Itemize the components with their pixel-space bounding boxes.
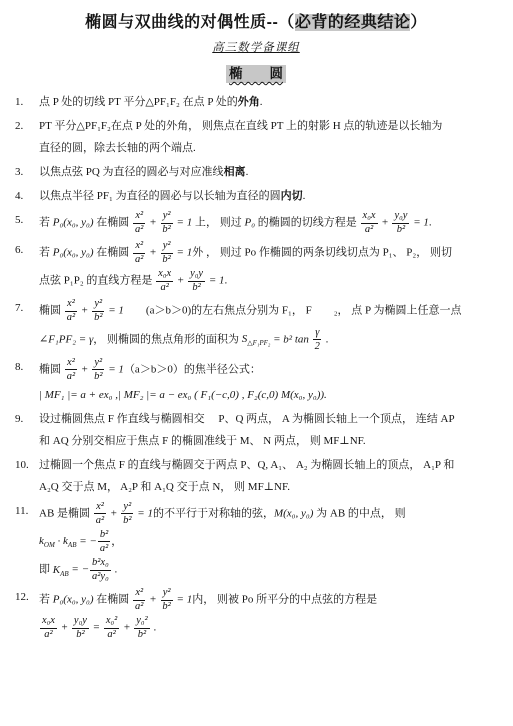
item-body: 设过椭圆焦点 F 作直线与椭圆相交 P、Q 两点， A 为椭圆长轴上一个顶点， … xyxy=(39,408,497,452)
list-item-7: 7.椭圆 x²a² + y²b² = 1 (a＞b＞0)的左右焦点分别为 F₁，… xyxy=(15,297,497,353)
item-row: 直径的圆，除去长轴的两个端点. xyxy=(39,137,497,159)
fraction: x₀xa² xyxy=(156,268,173,294)
item-number: 4. xyxy=(15,185,39,207)
item-row: 点 P 处的切线 PT 平分△PF₁F₂ 在点 P 处的外角. xyxy=(39,91,497,113)
text-run: 外角 xyxy=(238,96,260,108)
item-body: 椭圆 x²a² + y²b² = 1 (a＞b＞0)的左右焦点分别为 F₁， F… xyxy=(39,297,497,353)
text-run: + xyxy=(146,594,159,606)
text-run: = 1 xyxy=(135,507,153,519)
text-run: 过椭圆一个焦点 F 的直线与椭圆交于两点 P、Q, A₁、 A₂ 为椭圆长轴上的… xyxy=(39,459,454,471)
item-row: | MF₁ |= a + ex₀ ,| MF₂ |= a − ex₀ ( F₁(… xyxy=(39,384,497,406)
text-run: （a＞b＞0）的焦半径公式： xyxy=(124,363,261,375)
text-run: + xyxy=(146,247,159,259)
fraction: b²x₀a²y₀ xyxy=(90,557,111,583)
fraction: y₀yb² xyxy=(72,615,89,641)
page-title: 椭圆与双曲线的对偶性质--（必背的经典结论） xyxy=(15,12,497,34)
text-run: 上， 则过 xyxy=(192,217,244,229)
text-run: + xyxy=(78,363,91,375)
item-row: 椭圆 x²a² + y²b² = 1（a＞b＞0）的焦半径公式： xyxy=(39,356,497,384)
fraction: x₀xa² xyxy=(361,210,378,236)
fraction: y²b² xyxy=(92,298,104,324)
text-run: ∠F₁PF₂ = γ xyxy=(39,333,93,345)
fraction: y²b² xyxy=(121,501,133,527)
item-row: 以焦点半径 PF₁ 为直径的圆必与以长轴为直径的圆内切. xyxy=(39,185,497,207)
fraction: x₀²a² xyxy=(104,615,119,641)
section-title-text: 椭 圆 xyxy=(226,65,286,83)
text-run: | MF₁ |= a + ex₀ ,| MF₂ |= a − ex₀ ( F₁(… xyxy=(39,389,327,401)
text-run: . xyxy=(225,275,228,287)
item-row: kOM · kAB = −b²a²， xyxy=(39,528,497,556)
fraction: x²a² xyxy=(94,501,106,527)
text-run: = − xyxy=(69,564,89,576)
text-run: 若 xyxy=(39,217,53,229)
fraction: y²b² xyxy=(160,587,172,613)
fraction: y²b² xyxy=(160,240,172,266)
text-run: = 1 xyxy=(410,217,428,229)
item-number: 8. xyxy=(15,356,39,378)
title-highlighted-text: 必背的经典结论 xyxy=(295,14,411,31)
text-run: + xyxy=(58,622,71,634)
text-run: A₂Q 交于点 M， A₂P 和 A₁Q 交于点 N， 则 MF⊥NF. xyxy=(39,481,290,493)
text-run: P₀(x₀, y₀) xyxy=(53,217,94,229)
item-number: 12. xyxy=(15,586,39,608)
fraction: y₀²b² xyxy=(134,615,149,641)
text-run: . xyxy=(151,622,157,634)
list-item-2: 2.PT 平分△PF₁F₂在点 P 处的外角， 则焦点在直线 PT 上的射影 H… xyxy=(15,115,497,159)
text-run: ， 则椭圆的焦点角形的面积为 xyxy=(93,333,242,345)
text-run: 椭圆 xyxy=(39,363,64,375)
text-run: = 1 xyxy=(106,305,124,317)
title-text-suffix: ） xyxy=(410,14,427,31)
item-body: 若 P₀(x₀, y₀) 在椭圆 x²a² + y²b² = 1 上， 则过 P… xyxy=(39,209,497,237)
text-run: P₀(x₀, y₀) xyxy=(53,247,94,259)
list-item-4: 4.以焦点半径 PF₁ 为直径的圆必与以长轴为直径的圆内切. xyxy=(15,185,497,207)
text-run: M(x₀, y₀) xyxy=(274,507,313,519)
fraction: y²b² xyxy=(92,357,104,383)
text-run: = b² tan xyxy=(270,333,311,345)
text-run: + xyxy=(146,217,159,229)
text-run: · xyxy=(55,535,63,547)
item-row: PT 平分△PF₁F₂在点 P 处的外角， 则焦点在直线 PT 上的射影 H 点… xyxy=(39,115,497,137)
fraction: y₀yb² xyxy=(188,268,205,294)
text-run: 直径的圆，除去长轴的两个端点. xyxy=(39,142,196,154)
item-body: AB 是椭圆 x²a² + y²b² = 1的不平行于对称轴的弦，M(x₀, y… xyxy=(39,500,497,584)
text-run: = xyxy=(90,622,103,634)
text-run: 点 P 处的切线 PT 平分△PF₁F₂ 在点 P 处的 xyxy=(39,96,238,108)
text-run: ， xyxy=(111,535,122,547)
text-run: 以焦点半径 PF₁ 为直径的圆必与以长轴为直径的圆 xyxy=(39,190,281,202)
item-number: 9. xyxy=(15,408,39,430)
fraction: x²a² xyxy=(133,240,145,266)
item-number: 7. xyxy=(15,297,39,319)
item-row: 即 KAB = −b²x₀a²y₀ . xyxy=(39,556,497,584)
document-page: 椭圆与双曲线的对偶性质--（必背的经典结论） 高三数学备课组 椭 圆 1.点 P… xyxy=(0,0,513,726)
list-item-1: 1.点 P 处的切线 PT 平分△PF₁F₂ 在点 P 处的外角. xyxy=(15,91,497,113)
fraction: y₀yb² xyxy=(392,210,409,236)
subtitle-line: 高三数学备课组 xyxy=(15,39,497,55)
text-run: 内切 xyxy=(281,190,303,202)
item-row: A₂Q 交于点 M， A₂P 和 A₁Q 交于点 N， 则 MF⊥NF. xyxy=(39,476,497,498)
text-run: . xyxy=(112,564,118,576)
list-item-3: 3.以焦点弦 PQ 为直径的圆必与对应准线相离. xyxy=(15,161,497,183)
text-run: + xyxy=(379,217,392,229)
list-item-5: 5.若 P₀(x₀, y₀) 在椭圆 x²a² + y²b² = 1 上， 则过… xyxy=(15,209,497,237)
list-item-9: 9.设过椭圆焦点 F 作直线与椭圆相交 P、Q 两点， A 为椭圆长轴上一个顶点… xyxy=(15,408,497,452)
text-run: P₀ xyxy=(244,217,255,229)
fraction: b²a² xyxy=(98,529,110,555)
text-run: (a＞b＞0)的左右焦点分别为 F₁， F ₂， 点 P 为椭圆上任意一点 xyxy=(124,305,462,317)
text-run: 为 AB 的中点， 则 xyxy=(313,507,405,519)
text-run: + xyxy=(120,622,133,634)
text-run: . xyxy=(246,166,249,178)
text-run: . xyxy=(429,217,432,229)
item-row: 以焦点弦 PQ 为直径的圆必与对应准线相离. xyxy=(39,161,497,183)
list-item-12: 12.若 P₀(x₀, y₀) 在椭圆 x²a² + y²b² = 1内， 则被… xyxy=(15,586,497,642)
fraction: y²b² xyxy=(160,210,172,236)
text-run: = 1 xyxy=(174,247,192,259)
item-body: 若 P₀(x₀, y₀) 在椭圆 x²a² + y²b² = 1外 ， 则过 P… xyxy=(39,239,497,295)
text-run: 设过椭圆焦点 F 作直线与椭圆相交 P、Q 两点， A 为椭圆长轴上一个顶点， … xyxy=(39,413,455,425)
text-run: 在椭圆 xyxy=(94,247,133,259)
fraction: x²a² xyxy=(133,210,145,236)
section-heading: 椭 圆 xyxy=(15,62,497,82)
fraction: x²a² xyxy=(65,298,77,324)
text-run: 的不平行于对称轴的弦， xyxy=(153,507,274,519)
math-subscripted: S△F₁PF₂ xyxy=(242,333,271,345)
item-row: AB 是椭圆 x²a² + y²b² = 1的不平行于对称轴的弦，M(x₀, y… xyxy=(39,500,497,528)
text-run: . xyxy=(323,333,329,345)
text-run: 若 xyxy=(39,594,53,606)
text-run: 相离 xyxy=(224,166,246,178)
text-run: PT 平分△PF₁F₂在点 P 处的外角， 则焦点在直线 PT 上的射影 H 点… xyxy=(39,120,442,132)
item-row: 椭圆 x²a² + y²b² = 1 (a＞b＞0)的左右焦点分别为 F₁， F… xyxy=(39,297,497,325)
math-subscripted: kAB xyxy=(63,535,76,547)
item-row: 设过椭圆焦点 F 作直线与椭圆相交 P、Q 两点， A 为椭圆长轴上一个顶点， … xyxy=(39,408,497,430)
item-row: 和 AQ 分别交相应于焦点 F 的椭圆准线于 M、 N 两点， 则 MF⊥NF. xyxy=(39,430,497,452)
fraction: γ2 xyxy=(313,327,322,353)
item-row: 若 P₀(x₀, y₀) 在椭圆 x²a² + y²b² = 1外 ， 则过 P… xyxy=(39,239,497,267)
text-run: = − xyxy=(76,535,96,547)
text-run: 若 xyxy=(39,247,53,259)
item-body: 椭圆 x²a² + y²b² = 1（a＞b＞0）的焦半径公式：| MF₁ |=… xyxy=(39,356,497,406)
item-body: 若 P₀(x₀, y₀) 在椭圆 x²a² + y²b² = 1内， 则被 Po… xyxy=(39,586,497,642)
text-run: 的椭圆的切线方程是 xyxy=(255,217,360,229)
text-run: = 1 xyxy=(174,217,192,229)
item-number: 11. xyxy=(15,500,39,522)
text-run: 外 ， 则过 Po 作椭圆的两条切线切点为 P₁、 P₂， 则切 xyxy=(192,247,452,259)
list-item-10: 10.过椭圆一个焦点 F 的直线与椭圆交于两点 P、Q, A₁、 A₂ 为椭圆长… xyxy=(15,454,497,498)
text-run: + xyxy=(174,275,187,287)
list-item-8: 8.椭圆 x²a² + y²b² = 1（a＞b＞0）的焦半径公式：| MF₁ … xyxy=(15,356,497,406)
item-row: x₀xa² + y₀yb² = x₀²a² + y₀²b² . xyxy=(39,614,497,642)
text-run: 即 xyxy=(39,564,53,576)
text-run: 点弦 P₁P₂ 的直线方程是 xyxy=(39,275,155,287)
text-run: 在椭圆 xyxy=(94,217,133,229)
item-body: 以焦点半径 PF₁ 为直径的圆必与以长轴为直径的圆内切. xyxy=(39,185,497,207)
text-run: 和 AQ 分别交相应于焦点 F 的椭圆准线于 M、 N 两点， 则 MF⊥NF. xyxy=(39,435,366,447)
item-body: 过椭圆一个焦点 F 的直线与椭圆交于两点 P、Q, A₁、 A₂ 为椭圆长轴上的… xyxy=(39,454,497,498)
item-list: 1.点 P 处的切线 PT 平分△PF₁F₂ 在点 P 处的外角.2.PT 平分… xyxy=(15,91,497,642)
item-body: 点 P 处的切线 PT 平分△PF₁F₂ 在点 P 处的外角. xyxy=(39,91,497,113)
item-number: 10. xyxy=(15,454,39,476)
text-run: AB 是椭圆 xyxy=(39,507,93,519)
text-run: P₀(x₀, y₀) xyxy=(53,594,94,606)
item-body: PT 平分△PF₁F₂在点 P 处的外角， 则焦点在直线 PT 上的射影 H 点… xyxy=(39,115,497,159)
item-row: 点弦 P₁P₂ 的直线方程是 x₀xa² + y₀yb² = 1. xyxy=(39,267,497,295)
item-row: ∠F₁PF₂ = γ， 则椭圆的焦点角形的面积为 S△F₁PF₂ = b² ta… xyxy=(39,326,497,354)
fraction: x²a² xyxy=(65,357,77,383)
item-number: 1. xyxy=(15,91,39,113)
text-run: + xyxy=(107,507,120,519)
text-run: 椭圆 xyxy=(39,305,64,317)
text-run: . xyxy=(303,190,306,202)
text-run: 以焦点弦 PQ 为直径的圆必与对应准线 xyxy=(39,166,224,178)
item-number: 6. xyxy=(15,239,39,261)
item-row: 若 P₀(x₀, y₀) 在椭圆 x²a² + y²b² = 1 上， 则过 P… xyxy=(39,209,497,237)
item-row: 过椭圆一个焦点 F 的直线与椭圆交于两点 P、Q, A₁、 A₂ 为椭圆长轴上的… xyxy=(39,454,497,476)
item-number: 2. xyxy=(15,115,39,137)
item-body: 以焦点弦 PQ 为直径的圆必与对应准线相离. xyxy=(39,161,497,183)
text-run: = 1 xyxy=(106,363,124,375)
list-item-11: 11.AB 是椭圆 x²a² + y²b² = 1的不平行于对称轴的弦，M(x₀… xyxy=(15,500,497,584)
text-run: 内， 则被 Po 所平分的中点弦的方程是 xyxy=(192,594,377,606)
math-subscripted: KAB xyxy=(53,564,69,576)
text-run: 在椭圆 xyxy=(94,594,133,606)
title-text-prefix: 椭圆与双曲线的对偶性质--（ xyxy=(85,14,295,31)
item-number: 3. xyxy=(15,161,39,183)
text-run: . xyxy=(260,96,263,108)
item-row: 若 P₀(x₀, y₀) 在椭圆 x²a² + y²b² = 1内， 则被 Po… xyxy=(39,586,497,614)
fraction: x²a² xyxy=(133,587,145,613)
list-item-6: 6.若 P₀(x₀, y₀) 在椭圆 x²a² + y²b² = 1外 ， 则过… xyxy=(15,239,497,295)
text-run: = 1 xyxy=(174,594,192,606)
text-run: + xyxy=(78,305,91,317)
text-run: = 1 xyxy=(206,275,224,287)
subtitle-text: 高三数学备课组 xyxy=(212,42,300,54)
math-subscripted: kOM xyxy=(39,535,55,547)
fraction: x₀xa² xyxy=(40,615,57,641)
item-number: 5. xyxy=(15,209,39,231)
